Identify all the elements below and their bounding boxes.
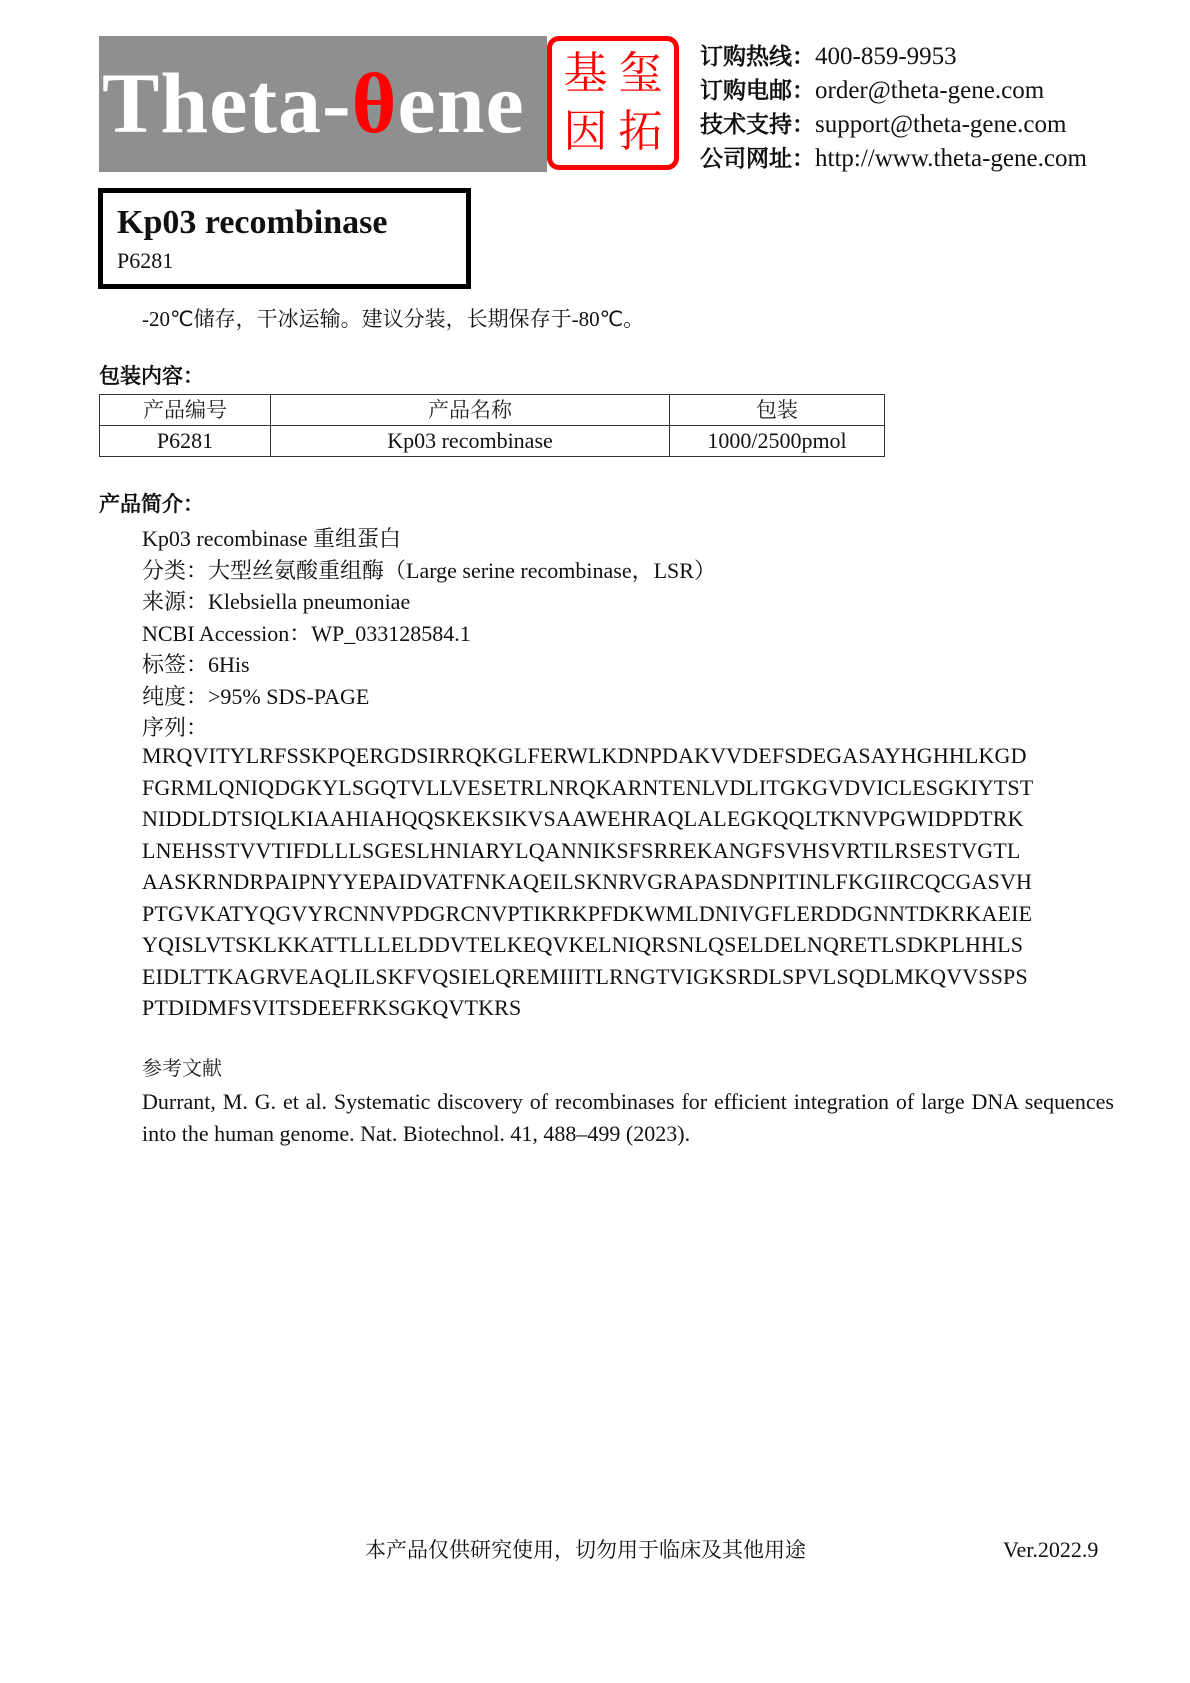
support-email-link[interactable]: support@theta-gene.com [815,111,1066,138]
seal-char: 拓 [619,108,663,156]
seal-char: 玺 [619,50,663,98]
contact-label: 订购电邮： [700,78,815,104]
intro-line-classification: 分类：大型丝氨酸重组酶（Large serine recombinase，LSR… [142,555,716,587]
contact-support-email: 技术支持：support@theta-gene.com [700,108,1087,142]
package-table: 产品编号 产品名称 包装 P6281 Kp03 recombinase 1000… [99,394,885,457]
table-header-row: 产品编号 产品名称 包装 [100,395,885,426]
seal-char: 因 [564,108,608,156]
seal-char: 基 [564,50,608,98]
chinese-seal-logo: 基 玺 因 拓 [547,36,679,170]
product-intro: Kp03 recombinase 重组蛋白 分类：大型丝氨酸重组酶（Large … [142,523,716,744]
cell-name: Kp03 recombinase [271,426,670,457]
reference-heading: 参考文献 [142,1053,222,1083]
column-header-code: 产品编号 [100,395,271,426]
contact-website: 公司网址：http://www.theta-gene.com [700,142,1087,176]
sequence-line: MRQVITYLRFSSKPQERGDSIRRQKGLFERWLKDNPDAKV… [142,740,1033,772]
reference-citation: Durrant, M. G. et al. Systematic discove… [142,1086,1114,1150]
package-heading: 包装内容： [99,362,204,390]
logo-suffix: ene [398,55,525,151]
logo-prefix: Theta- [102,55,352,151]
intro-line-sequence-label: 序列： [142,712,716,744]
protein-sequence: MRQVITYLRFSSKPQERGDSIRRQKGLFERWLKDNPDAKV… [142,740,1033,1024]
sequence-line: FGRMLQNIQDGKYLSGQTVLLVESETRLNRQKARNTENLV… [142,772,1033,804]
column-header-name: 产品名称 [271,395,670,426]
sequence-line: AASKRNDRPAIPNYYEPAIDVATFNKAQEILSKNRVGRAP… [142,866,1033,898]
sequence-line: PTGVKATYQGVYRCNNVPDGRCNVPTIKRKPFDKWMLDNI… [142,898,1033,930]
contact-info: 订购热线：400-859-9953 订购电邮：order@theta-gene.… [700,40,1087,176]
sequence-line: NIDDLDTSIQLKIAAHIAHQQSKEKSIKVSAAWEHRAQLA… [142,803,1033,835]
sequence-line: LNEHSSTVVTIFDLLLSGESLHNIARYLQANNIKSFSRRE… [142,835,1033,867]
intro-line-accession: NCBI Accession：WP_033128584.1 [142,618,716,650]
contact-order-email: 订购电邮：order@theta-gene.com [700,74,1087,108]
sequence-line: PTDIDMFSVITSDEEFRKSGKQVTKRS [142,992,1033,1024]
document-version: Ver.2022.9 [1003,1535,1098,1565]
storage-instructions: -20℃储存，干冰运输。建议分装，长期保存于-80℃。 [142,304,644,334]
website-link[interactable]: http://www.theta-gene.com [815,145,1087,172]
contact-label: 技术支持： [700,112,815,138]
table-row: P6281 Kp03 recombinase 1000/2500pmol [100,426,885,457]
intro-line-purity: 纯度：>95% SDS-PAGE [142,681,716,713]
contact-label: 订购热线： [700,44,815,70]
order-email-link[interactable]: order@theta-gene.com [815,77,1044,104]
sequence-line: YQISLVTSKLKKATTLLLELDDVTELKEQVKELNIQRSNL… [142,929,1033,961]
intro-line-tag: 标签：6His [142,649,716,681]
intro-line-source: 来源：Klebsiella pneumoniae [142,586,716,618]
intro-heading: 产品简介： [99,490,204,518]
phone-number: 400-859-9953 [815,43,957,70]
company-logo: Theta-θene [102,58,525,148]
cell-package: 1000/2500pmol [670,426,885,457]
cell-code: P6281 [100,426,271,457]
contact-label: 公司网址： [700,146,815,172]
research-use-disclaimer: 本产品仅供研究使用，切勿用于临床及其他用途 [365,1535,806,1565]
product-code: P6281 [117,248,173,274]
column-header-package: 包装 [670,395,885,426]
theta-symbol-icon: θ [352,55,398,151]
product-title-box: Kp03 recombinase P6281 [98,188,471,289]
product-name: Kp03 recombinase [117,203,387,243]
intro-line-title: Kp03 recombinase 重组蛋白 [142,523,716,555]
sequence-line: EIDLTTKAGRVEAQLILSKFVQSIELQREMIIITLRNGTV… [142,961,1033,993]
contact-phone: 订购热线：400-859-9953 [700,40,1087,74]
